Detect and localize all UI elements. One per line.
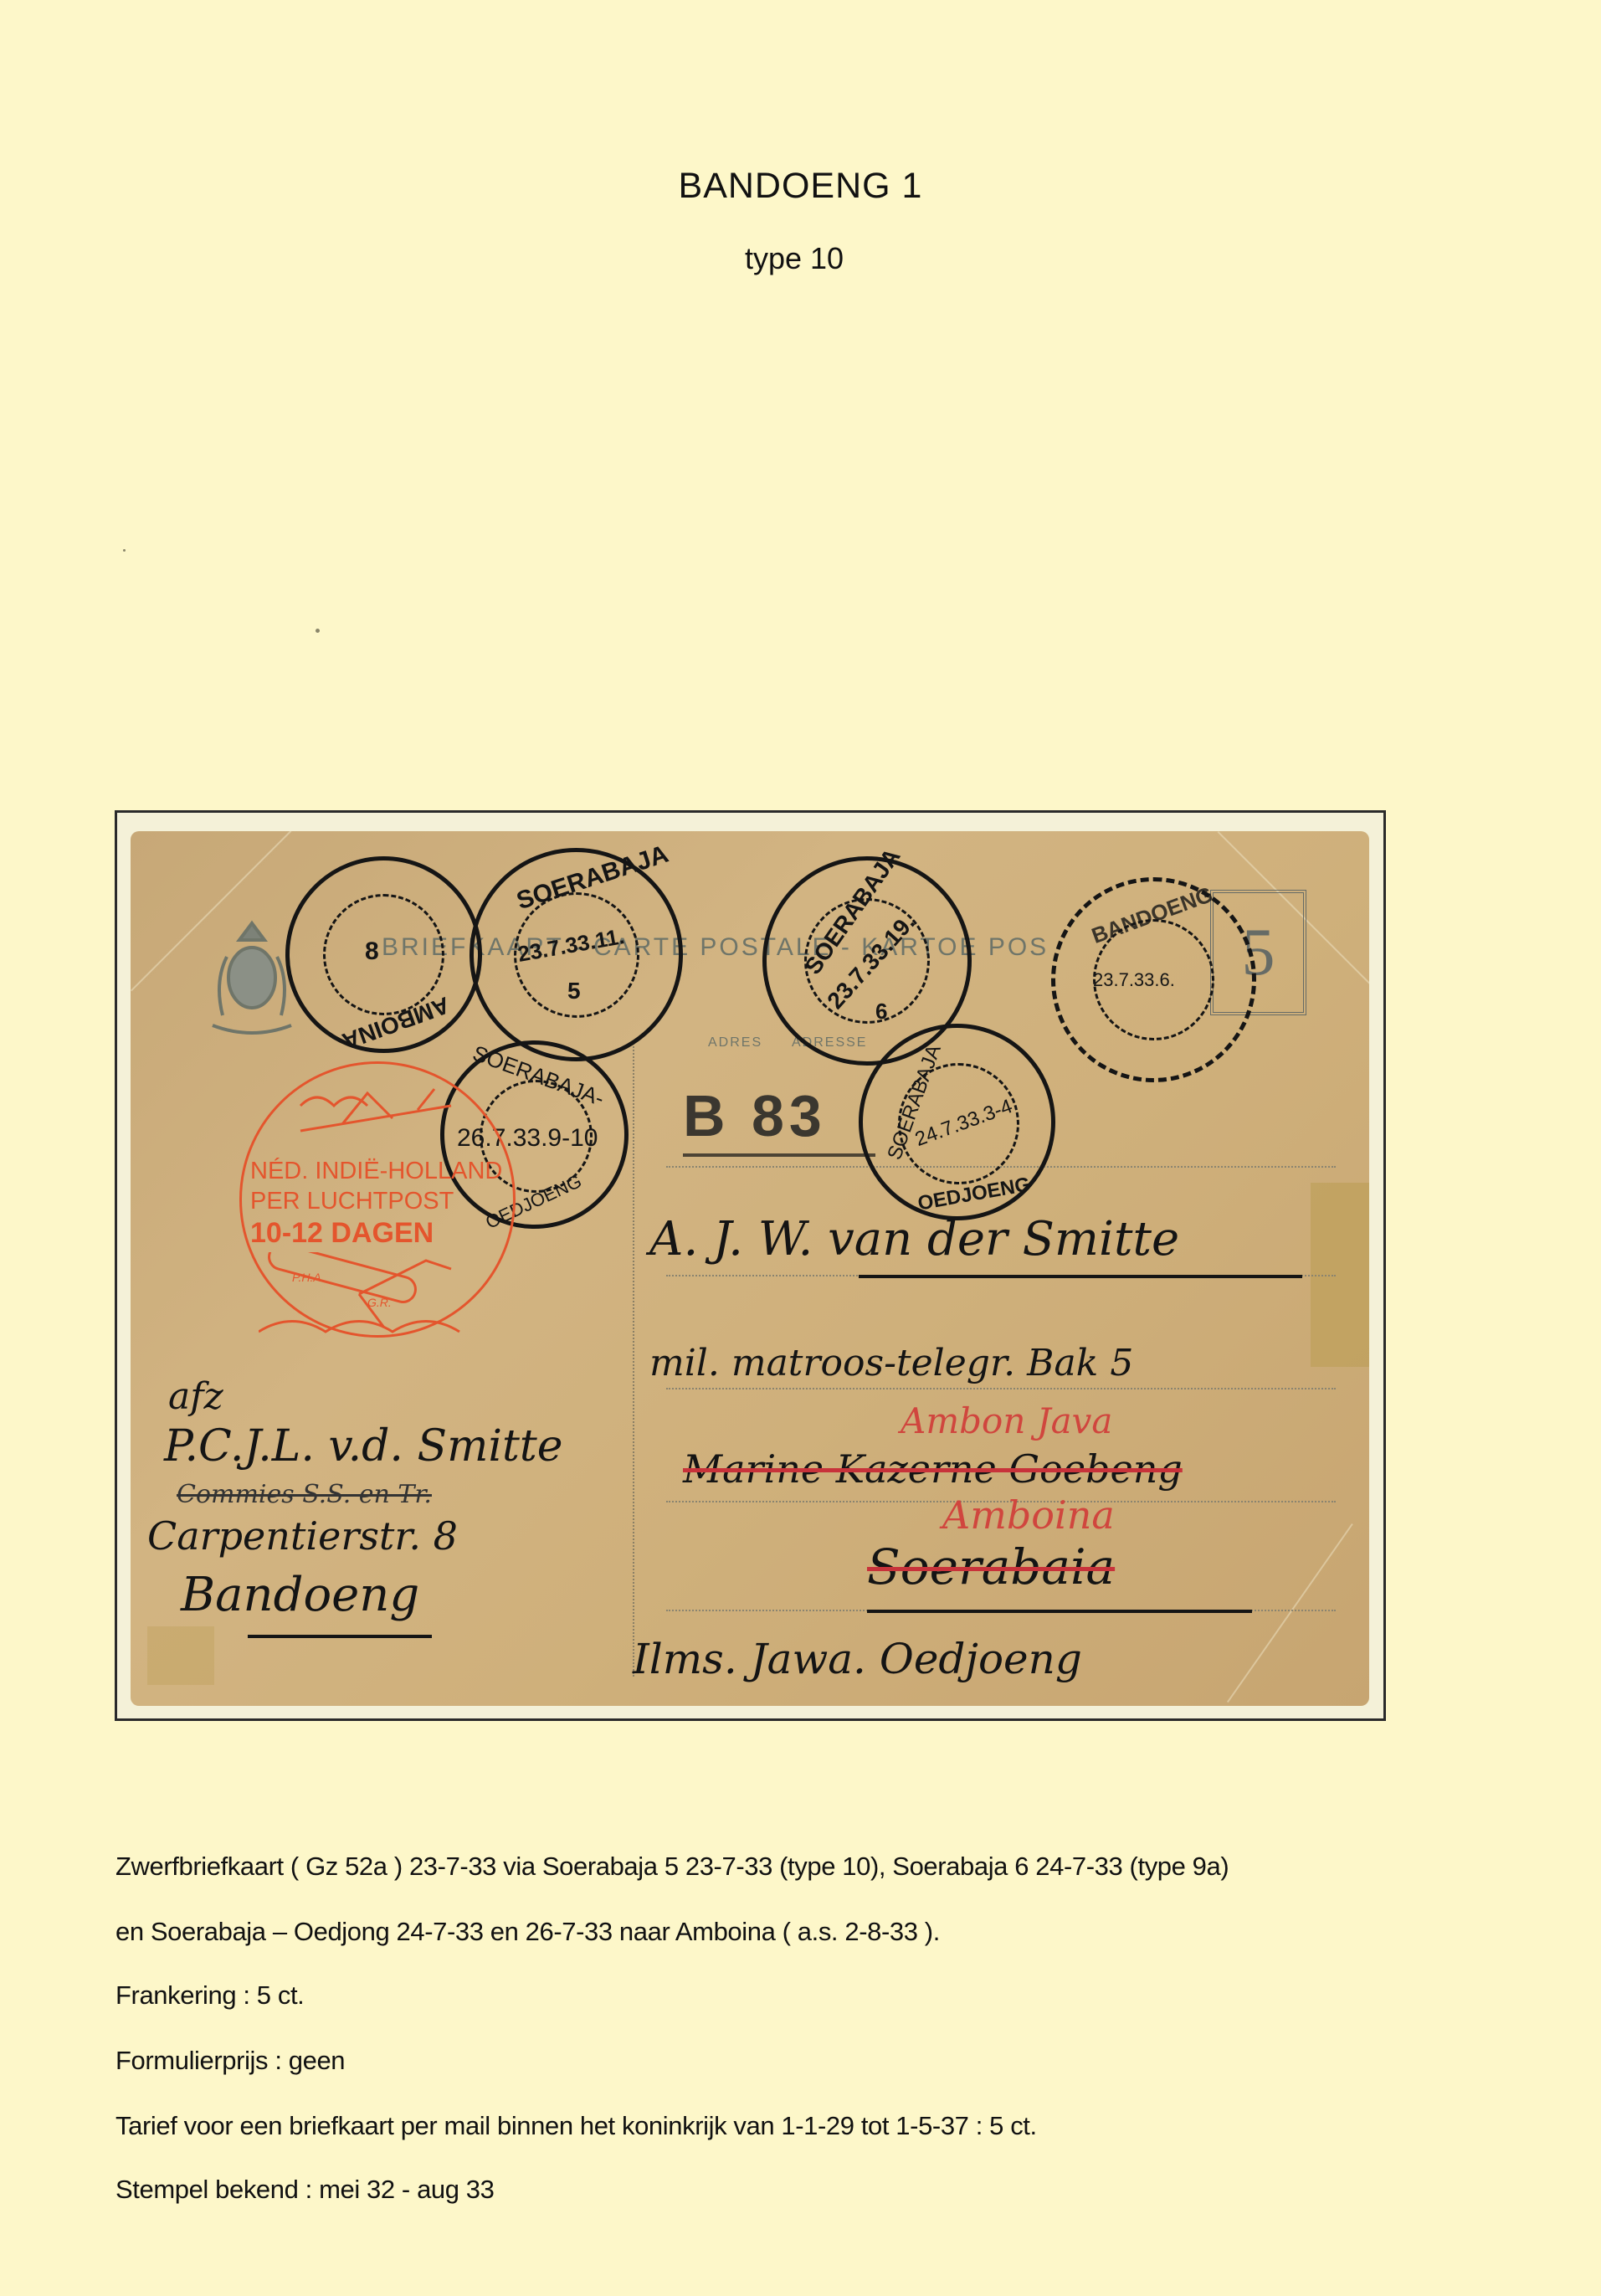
recipient-redirect-2: Amboina: [942, 1492, 1115, 1538]
svg-text:G.R.: G.R.: [367, 1296, 392, 1309]
postcard: BRIEFKAART - CARTE POSTALE - KARTOE POS …: [131, 831, 1369, 1706]
postmark-number: 6: [875, 999, 887, 1025]
postmark-date: 8: [365, 937, 379, 966]
sender-title: Commies S.S. en Tr.: [177, 1480, 432, 1509]
recipient-bottom-line: Ilms. Jawa. Oedjoeng: [633, 1635, 1082, 1683]
page-title: BANDOENG 1: [0, 166, 1601, 207]
postmark-soerabaja-oedjoeng-24: SOERABAJA 24.7.33.3-4 OEDJOENG: [859, 1024, 1055, 1220]
stempel-bekend: Stempel bekend : mei 32 - aug 33: [115, 2175, 495, 2205]
description-line-2: en Soerabaja – Oedjong 24-7-33 en 26-7-3…: [115, 1917, 940, 1947]
page-subtitle: type 10: [0, 241, 1588, 276]
airplane-icon: P.H.A. G.R.: [259, 1252, 501, 1336]
frankering: Frankering : 5 ct.: [115, 1980, 304, 2011]
description-line-1: Zwerfbriefkaart ( Gz 52a ) 23-7-33 via S…: [115, 1852, 1229, 1882]
formulierprijs: Formulierprijs : geen: [115, 2046, 345, 2076]
recipient-crossed-address: Marine Kazerne Goebeng: [683, 1446, 1183, 1492]
postmark-amboina: 8 AMBOINA: [285, 856, 482, 1053]
address-line: [666, 1388, 1336, 1389]
recipient-name: A. J. W. van der Smitte: [649, 1212, 1179, 1266]
sender-underline: [248, 1635, 432, 1638]
paper-speck: [123, 549, 126, 552]
recipient-redirect-1: Ambon Java: [901, 1400, 1112, 1441]
airmail-line-2: PER LUCHTPOST: [250, 1188, 454, 1215]
airmail-line-3: 10-12 DAGEN: [250, 1217, 434, 1250]
cachet-underline: [683, 1153, 875, 1157]
airplane-icon: [292, 1081, 459, 1148]
address-label: ADRES: [708, 1035, 762, 1050]
sender-name: P.C.J.L. v.d. Smitte: [164, 1421, 563, 1472]
postcard-mount: BRIEFKAART - CARTE POSTALE - KARTOE POS …: [115, 810, 1386, 1721]
recipient-line-2: mil. matroos-telegr. Bak 5: [649, 1342, 1133, 1384]
airmail-line-1: NÉD. INDIË-HOLLAND: [250, 1158, 502, 1185]
sender-afz: afz: [168, 1375, 223, 1418]
registration-cachet: B 83: [683, 1082, 827, 1149]
sender-city: Bandoeng: [181, 1568, 419, 1622]
city-underline: [867, 1610, 1252, 1613]
svg-text:P.H.A.: P.H.A.: [292, 1271, 325, 1284]
postmark-date: 23.7.33.6.: [1093, 969, 1175, 991]
postmark-soerabaja-5: SOERABAJA 23.7.33.11. 5: [470, 848, 683, 1061]
recipient-city: Soerabaia: [867, 1538, 1115, 1595]
postmark-bandoeng-1: BANDOENG 23.7.33.6.: [1051, 877, 1256, 1082]
card-divider: [633, 1040, 639, 1677]
recipient-underline: [859, 1275, 1302, 1278]
sender-street: Carpentierstr. 8: [147, 1513, 458, 1559]
tape-mark: [147, 1626, 214, 1685]
coat-of-arms-icon: [206, 915, 298, 1040]
postmark-number: 5: [567, 978, 581, 1004]
tarief: Tarief voor een briefkaart per mail binn…: [115, 2111, 1037, 2141]
airmail-cachet: NÉD. INDIË-HOLLAND PER LUCHTPOST 10-12 D…: [239, 1061, 516, 1338]
paper-speck: [316, 629, 320, 633]
corner-fold: [1227, 1523, 1353, 1703]
